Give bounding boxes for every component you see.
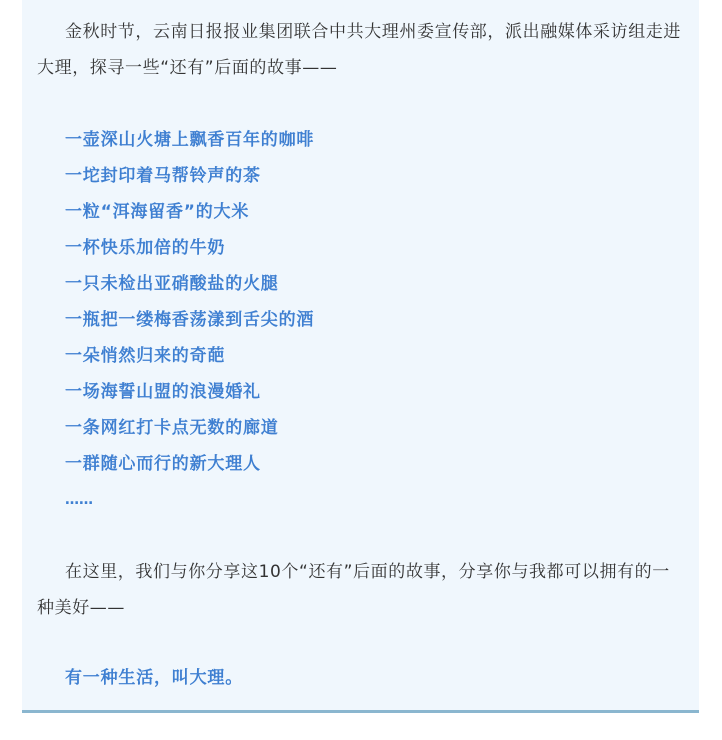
list-item: 一只未检出亚硝酸盐的火腿 bbox=[65, 266, 314, 302]
outro-paragraph: 在这里，我们与你分享这10个“还有”后面的故事，分享你与我都可以拥有的一种美好—… bbox=[37, 554, 685, 626]
list-item: 一杯快乐加倍的牛奶 bbox=[65, 230, 314, 266]
list-item: 一群随心而行的新大理人 bbox=[65, 446, 314, 482]
list-item: 一坨封印着马帮铃声的茶 bbox=[65, 158, 314, 194]
list-item: 一壶深山火塘上飘香百年的咖啡 bbox=[65, 122, 314, 158]
list-item: 一粒“洱海留香”的大米 bbox=[65, 194, 314, 230]
list-item: 一瓶把一缕梅香荡漾到舌尖的酒 bbox=[65, 302, 314, 338]
list-ellipsis: …… bbox=[65, 482, 314, 518]
article-panel: 金秋时节，云南日报报业集团联合中共大理州委宣传部，派出融媒体采访组走进大理，探寻… bbox=[22, 0, 699, 713]
intro-paragraph: 金秋时节，云南日报报业集团联合中共大理州委宣传部，派出融媒体采访组走进大理，探寻… bbox=[37, 14, 685, 86]
story-list: 一壶深山火塘上飘香百年的咖啡 一坨封印着马帮铃声的茶 一粒“洱海留香”的大米 一… bbox=[65, 122, 314, 518]
list-item: 一场海誓山盟的浪漫婚礼 bbox=[65, 374, 314, 410]
list-item: 一条网红打卡点无数的廊道 bbox=[65, 410, 314, 446]
list-item: 一朵悄然归来的奇葩 bbox=[65, 338, 314, 374]
closing-line: 有一种生活，叫大理。 bbox=[65, 660, 243, 696]
